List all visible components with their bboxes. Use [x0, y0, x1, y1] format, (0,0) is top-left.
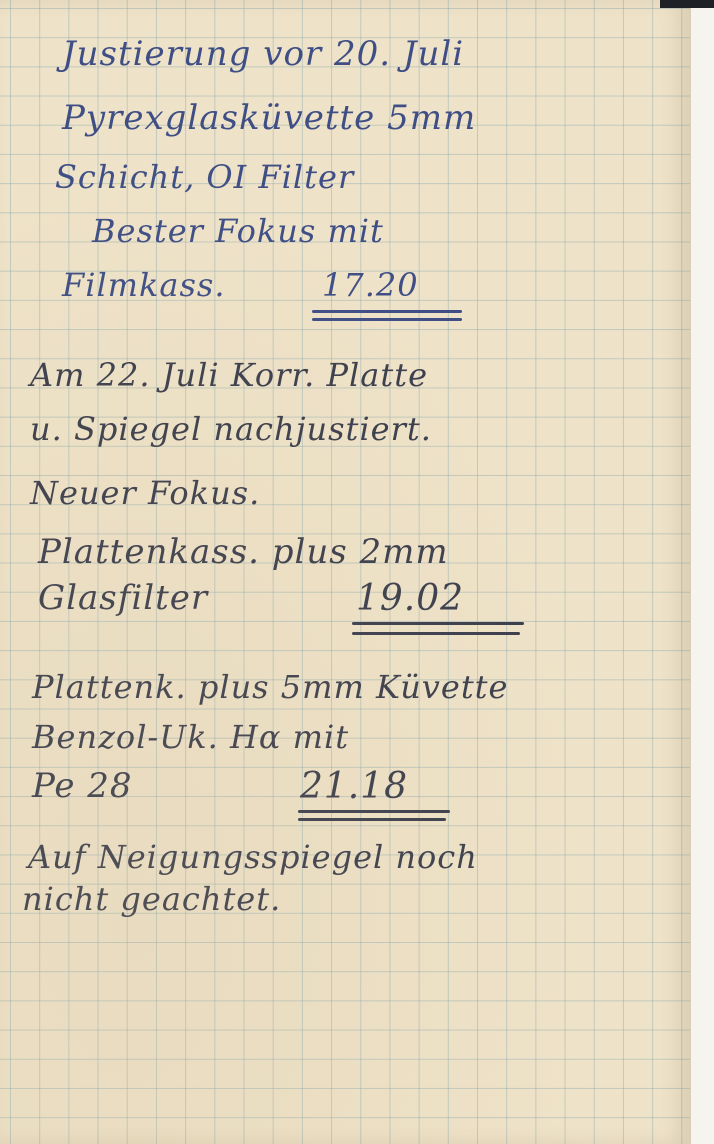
notebook-page: Justierung vor 20. Juli Pyrexglasküvette… [0, 0, 690, 1144]
double-underline [298, 810, 450, 813]
handwritten-line: Auf Neigungsspiegel noch [28, 838, 478, 876]
handwritten-line: Glasfilter [38, 578, 208, 618]
handwritten-line: Pe 28 [32, 766, 133, 806]
handwritten-line: Benzol-Uk. Hα mit [32, 718, 349, 756]
handwritten-line: Justierung vor 20. Juli [62, 34, 464, 74]
measurement-value: 21.18 [300, 766, 408, 807]
handwritten-line: Pyrexglasküvette 5mm [62, 98, 476, 138]
handwritten-line: Plattenk. plus 5mm Küvette [32, 668, 508, 706]
page-edge [690, 0, 714, 1144]
measurement-value: 17.20 [322, 266, 419, 304]
double-underline [352, 622, 524, 625]
handwritten-line: Plattenkass. plus 2mm [38, 532, 449, 572]
handwritten-line: u. Spiegel nachjustiert. [30, 410, 432, 448]
handwritten-line: Schicht, OI Filter [55, 158, 354, 196]
handwritten-line: nicht geachtet. [22, 880, 281, 918]
double-underline [312, 310, 462, 313]
handwritten-line: Bester Fokus mit [92, 212, 384, 250]
binding-strip [660, 0, 714, 8]
measurement-value: 19.02 [356, 578, 464, 619]
handwritten-line: Am 22. Juli Korr. Platte [30, 356, 428, 394]
handwritten-line: Neuer Fokus. [30, 474, 260, 512]
double-underline [312, 318, 462, 321]
handwritten-line: Filmkass. [62, 266, 226, 304]
double-underline [298, 818, 446, 821]
double-underline [352, 632, 520, 635]
